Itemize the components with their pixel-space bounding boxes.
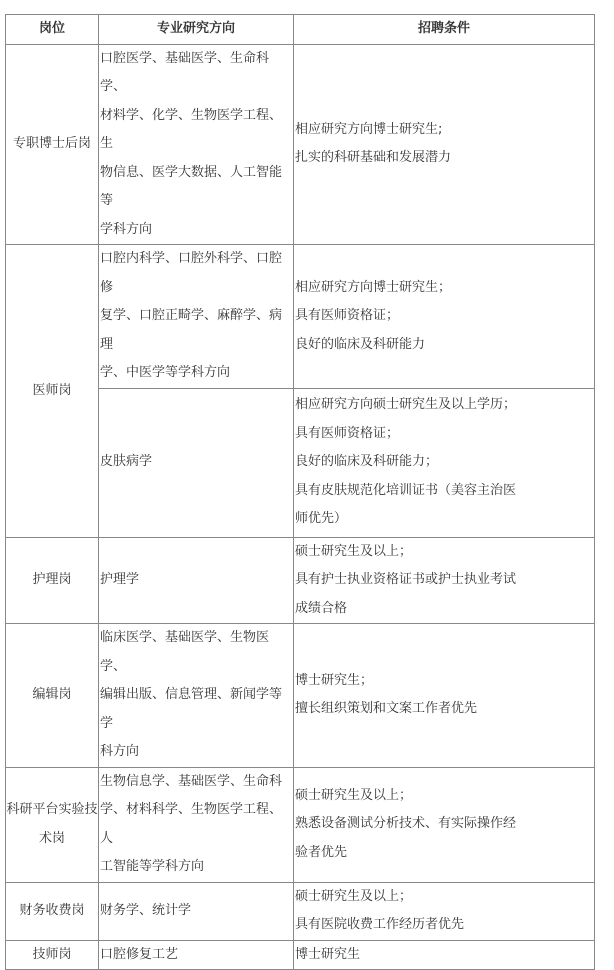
table-row: 编辑岗 临床医学、基础医学、生物医学、 编辑出版、信息管理、新闻学等学 科方向 …: [6, 624, 595, 768]
requirements-cell: 博士研究生: [294, 940, 595, 970]
table-row: 财务收费岗 财务学、统计学 硕士研究生及以上； 具有医院收费工作经历者优先: [6, 882, 595, 940]
requirements-cell: 硕士研究生及以上； 熟悉设备测试分析技术、有实际操作经 验者优先: [294, 767, 595, 882]
recruitment-table: 岗位 专业研究方向 招聘条件 专职博士后岗 口腔医学、基础医学、生命科学、 材料…: [5, 14, 595, 970]
majors-cell: 口腔修复工艺: [99, 940, 294, 970]
position-cell: 护理岗: [6, 537, 99, 624]
table-row: 技师岗 口腔修复工艺 博士研究生: [6, 940, 595, 970]
table-row: 医师岗 口腔内科学、口腔外科学、口腔修 复学、口腔正畸学、麻醉学、病理 学、中医…: [6, 245, 595, 389]
majors-cell: 生物信息学、基础医学、生命科 学、材料科学、生物医学工程、人 工智能等学科方向: [99, 767, 294, 882]
requirements-cell: 相应研究方向博士研究生; 扎实的科研基础和发展潜力: [294, 44, 595, 245]
requirements-cell: 相应研究方向硕士研究生及以上学历； 具有医师资格证； 良好的临床及科研能力； 具…: [294, 388, 595, 537]
position-cell: 科研平台实验技 术岗: [6, 767, 99, 882]
header-majors: 专业研究方向: [99, 15, 294, 45]
majors-cell: 口腔内科学、口腔外科学、口腔修 复学、口腔正畸学、麻醉学、病理 学、中医学等学科…: [99, 245, 294, 389]
position-cell: 技师岗: [6, 940, 99, 970]
position-cell: 医师岗: [6, 245, 99, 538]
requirements-cell: 硕士研究生及以上； 具有医院收费工作经历者优先: [294, 882, 595, 940]
header-position: 岗位: [6, 15, 99, 45]
position-cell: 专职博士后岗: [6, 44, 99, 245]
table-row: 科研平台实验技 术岗 生物信息学、基础医学、生命科 学、材料科学、生物医学工程、…: [6, 767, 595, 882]
requirements-cell: 硕士研究生及以上； 具有护士执业资格证书或护士执业考试 成绩合格: [294, 537, 595, 624]
requirements-cell: 博士研究生； 擅长组织策划和文案工作者优先: [294, 624, 595, 768]
position-cell: 财务收费岗: [6, 882, 99, 940]
majors-cell: 临床医学、基础医学、生物医学、 编辑出版、信息管理、新闻学等学 科方向: [99, 624, 294, 768]
majors-cell: 财务学、统计学: [99, 882, 294, 940]
majors-cell: 口腔医学、基础医学、生命科学、 材料学、化学、生物医学工程、生 物信息、医学大数…: [99, 44, 294, 245]
requirements-cell: 相应研究方向博士研究生； 具有医师资格证； 良好的临床及科研能力: [294, 245, 595, 389]
table-row: 专职博士后岗 口腔医学、基础医学、生命科学、 材料学、化学、生物医学工程、生 物…: [6, 44, 595, 245]
table-header-row: 岗位 专业研究方向 招聘条件: [6, 15, 595, 45]
position-cell: 编辑岗: [6, 624, 99, 768]
header-requirements: 招聘条件: [294, 15, 595, 45]
majors-cell: 护理学: [99, 537, 294, 624]
table-row: 护理岗 护理学 硕士研究生及以上； 具有护士执业资格证书或护士执业考试 成绩合格: [6, 537, 595, 624]
majors-cell: 皮肤病学: [99, 388, 294, 537]
